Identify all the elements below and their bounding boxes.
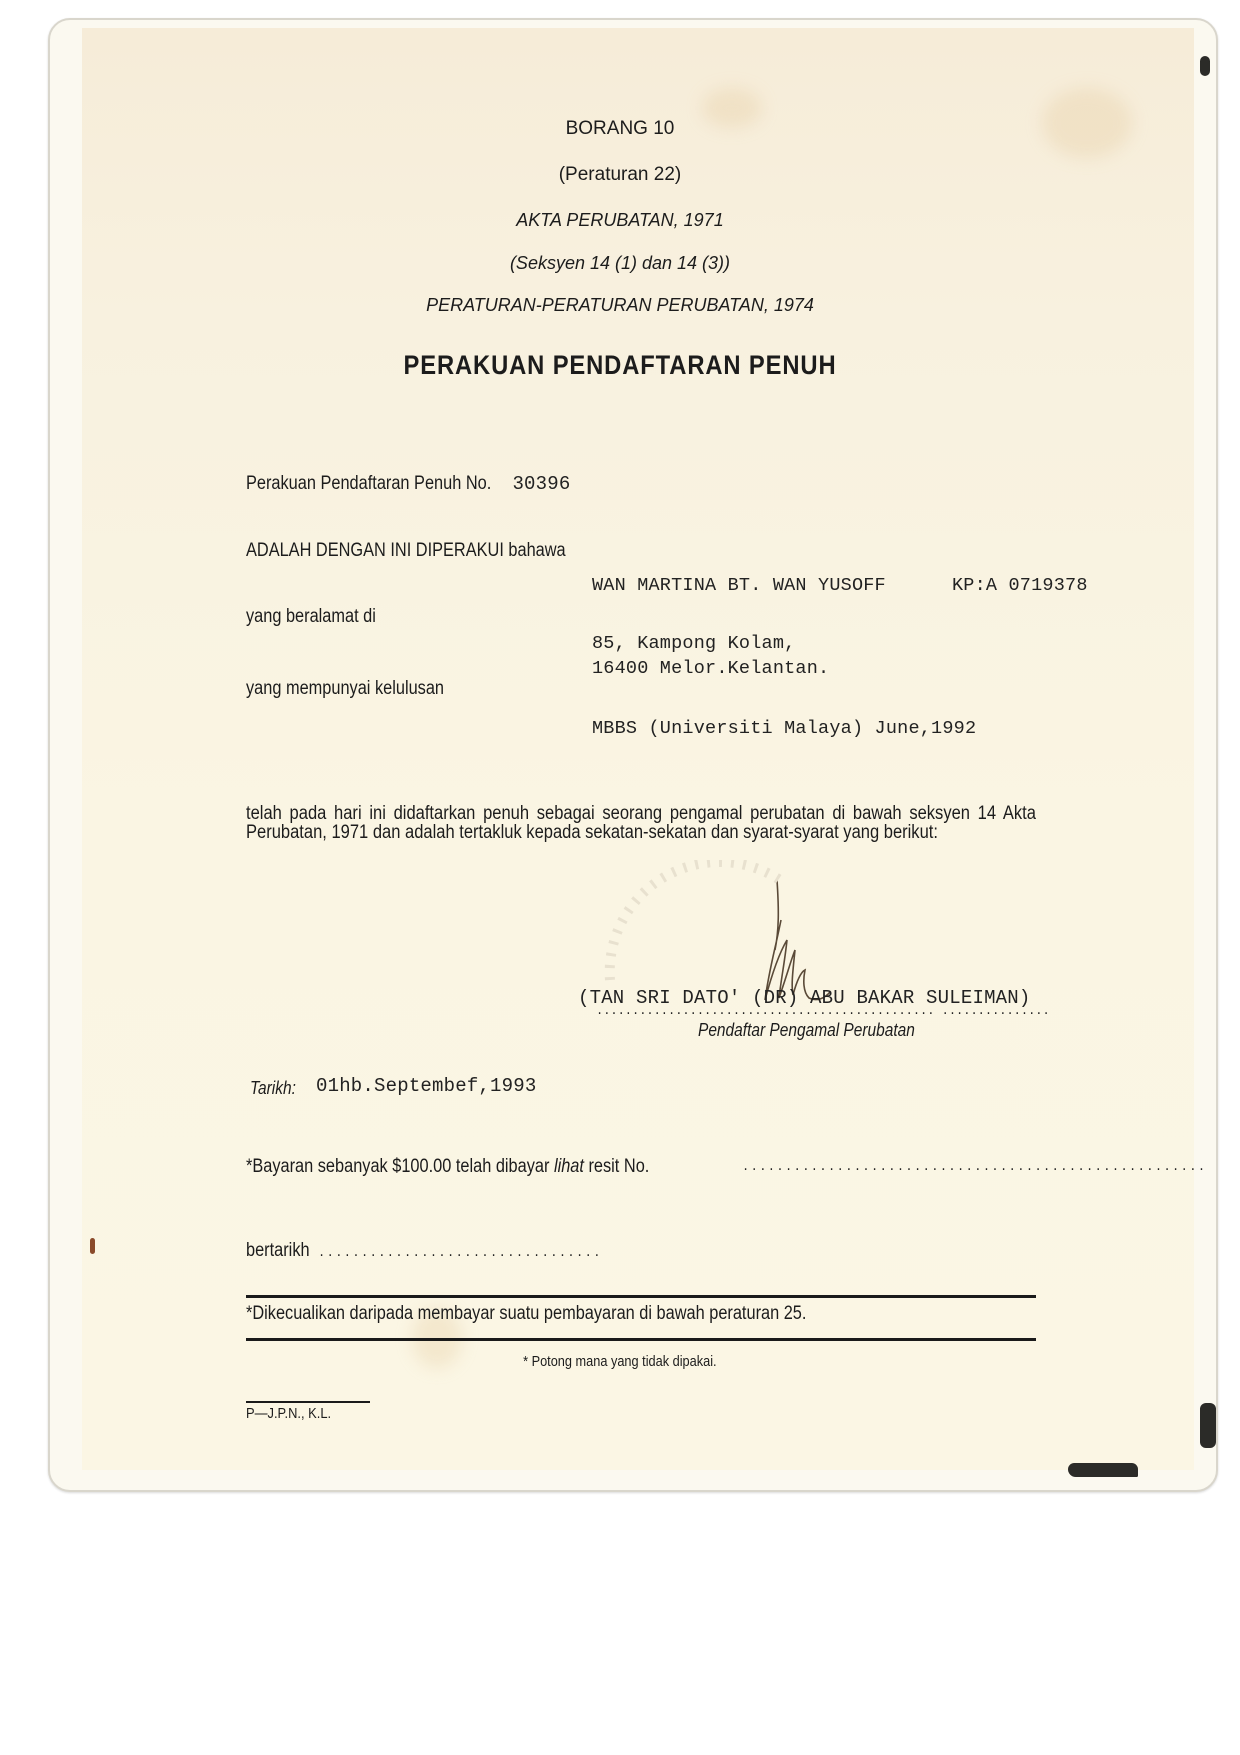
qualification-label: yang mempunyai kelulusan (246, 678, 444, 700)
sections-reference: (Seksyen 14 (1) dan 14 (3)) (0, 253, 1240, 274)
certificate-title-wrap: PERAKUAN PENDAFTARAN PENUH (0, 350, 1240, 381)
certificate-number-value: 30396 (512, 473, 570, 495)
registrant-ic: KP:A 0719378 (952, 575, 1088, 596)
payment-row: *Bayaran sebanyak $100.00 telah dibayar … (246, 1156, 715, 1178)
certify-label: ADALAH DENGAN INI DIPERAKUI bahawa (246, 540, 566, 562)
dated-field: ................................. (318, 1246, 602, 1260)
act-title: AKTA PERUBATAN, 1971 (0, 210, 1240, 231)
footnote: * Potong mana yang tidak dipakai. (523, 1353, 717, 1370)
dated-label: bertarikh (246, 1240, 310, 1262)
certificate-number-row: Perakuan Pendaftaran Penuh No. 30396 (246, 473, 570, 495)
edge-damage (1200, 1403, 1216, 1448)
certificate-title: PERAKUAN PENDAFTARAN PENUH (404, 350, 837, 381)
signatory-dotted-line: ........................................… (596, 1004, 1050, 1018)
payment-text-prefix: *Bayaran sebanyak $100.00 telah dibayar (246, 1156, 549, 1177)
regulation-reference: (Peraturan 22) (0, 164, 1240, 186)
address-line-1: 85, Kampong Kolam, (592, 633, 795, 654)
printer-imprint: P—J.P.N., K.L. (246, 1405, 331, 1422)
exemption-note: *Dikecualikan daripada membayar suatu pe… (246, 1303, 806, 1325)
regulations-title: PERATURAN-PERATURAN PERUBATAN, 1974 (0, 295, 1240, 316)
registrant-name: WAN MARTINA BT. WAN YUSOFF (592, 575, 886, 596)
footnote-wrap: * Potong mana yang tidak dipakai. (0, 1353, 1240, 1371)
payment-text-italic: lihat (554, 1156, 584, 1177)
address-line-2: 16400 Melor.Kelantan. (592, 658, 829, 679)
date-label: Tarikh: (250, 1078, 296, 1099)
faint-seal-stamp (590, 860, 790, 990)
payment-text: *Bayaran sebanyak $100.00 telah dibayar … (246, 1156, 649, 1178)
registration-statement: telah pada hari ini didaftarkan penuh se… (246, 804, 1036, 842)
signatory-title: Pendaftar Pengamal Perubatan (698, 1020, 915, 1041)
divider-bottom (246, 1338, 1036, 1341)
date-value: 01hb.Septembef,1993 (316, 1075, 536, 1097)
address-label: yang beralamat di (246, 606, 376, 628)
edge-damage (1200, 56, 1210, 76)
registration-statement-text: telah pada hari ini didaftarkan penuh se… (246, 804, 1036, 842)
imprint-rule (246, 1401, 370, 1403)
qualification-value: MBBS (Universiti Malaya) June,1992 (592, 718, 976, 739)
payment-text-suffix: resit No. (588, 1156, 649, 1177)
form-number: BORANG 10 (0, 118, 1240, 140)
certificate-number-label: Perakuan Pendaftaran Penuh No. (246, 473, 471, 495)
divider-top (246, 1295, 1036, 1298)
edge-damage (90, 1238, 95, 1254)
receipt-number-field: ........................................… (742, 1160, 1206, 1174)
edge-damage (1068, 1463, 1138, 1477)
